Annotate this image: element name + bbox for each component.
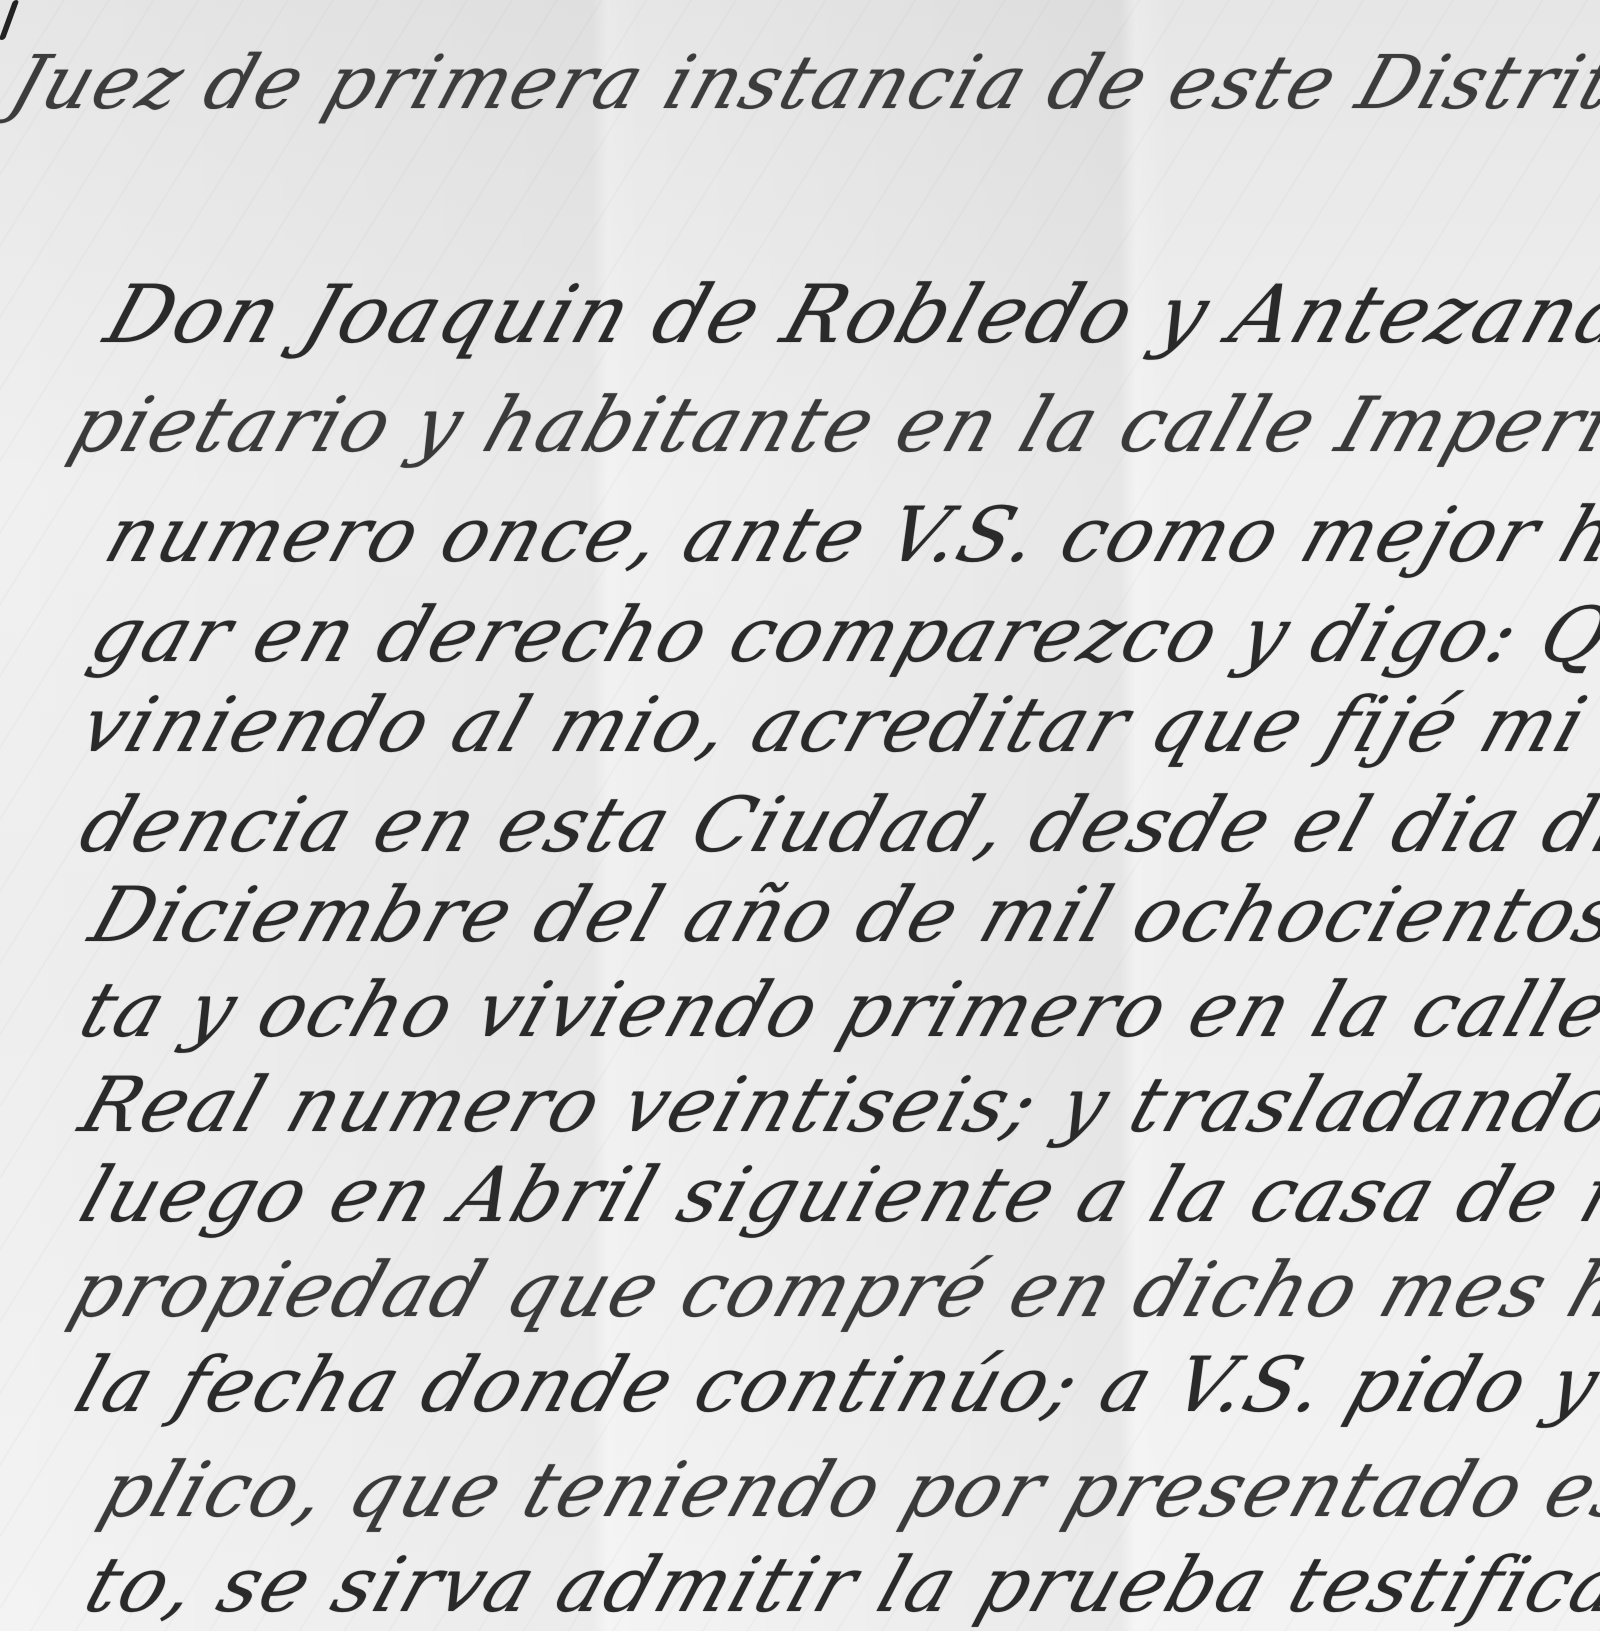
text-line: ta y ocho viviendo primero en la calle — [70, 965, 1600, 1054]
text-line: dencia en esta Ciudad, desde el dia diez… — [70, 780, 1600, 869]
manuscript-page: Juez de primera instancia de este Distri… — [0, 0, 1600, 1631]
text-line-heading: Juez de primera instancia de este Distri… — [0, 40, 1600, 126]
text-line: Real numero veintiseis; y trasladandome — [70, 1060, 1600, 1149]
text-line: Diciembre del año de mil ochocientos ses… — [80, 870, 1600, 959]
text-line: to, se sirva admitir la prueba testifica… — [75, 1540, 1600, 1629]
text-line: viniendo al mio, acreditar que fijé mi r… — [70, 680, 1600, 769]
text-line: gar en derecho comparezco y digo: Que co… — [80, 590, 1600, 679]
ink-mark — [0, 0, 19, 40]
text-line: la fecha donde continúo; a V.S. pido y s… — [65, 1340, 1600, 1429]
text-line: propiedad que compré en dicho mes hasta — [60, 1245, 1600, 1334]
text-line: Don Joaquin de Robledo y Antezana pro- — [95, 268, 1600, 361]
text-line: pietario y habitante en la calle Imperia… — [60, 380, 1600, 469]
text-line: numero once, ante V.S. como mejor haya l… — [95, 490, 1600, 579]
text-line: luego en Abril siguiente a la casa de mi — [70, 1150, 1600, 1239]
text-line: plico, que teniendo por presentado este … — [90, 1445, 1600, 1534]
